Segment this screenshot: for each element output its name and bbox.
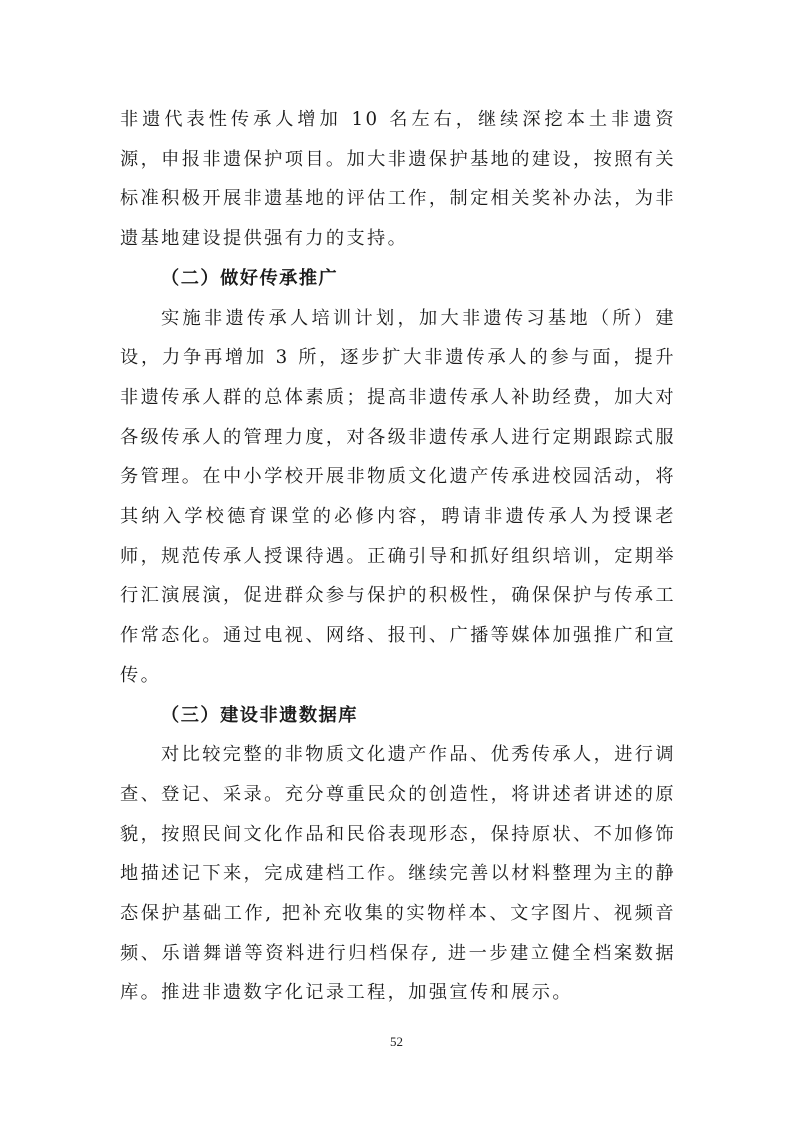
paragraph-inheritance-promotion: 实施非遗传承人培训计划，加大非遗传习基地（所）建设，力争再增加 3 所，逐步扩大…	[120, 299, 676, 696]
paragraph-heritage-database: 对比较完整的非物质文化遗产作品、优秀传承人，进行调查、登记、采录。充分尊重民众的…	[120, 735, 676, 1013]
section-heading-2: （二）做好传承推广	[120, 259, 676, 299]
section-heading-3: （三）建设非遗数据库	[120, 696, 676, 736]
document-page: 非遗代表性传承人增加 10 名左右，继续深挖本土非遗资源，申报非遗保护项目。加大…	[0, 0, 793, 1122]
page-number: 52	[0, 1034, 793, 1050]
document-body: 非遗代表性传承人增加 10 名左右，继续深挖本土非遗资源，申报非遗保护项目。加大…	[120, 100, 676, 1013]
paragraph-heritage-inheritors: 非遗代表性传承人增加 10 名左右，继续深挖本土非遗资源，申报非遗保护项目。加大…	[120, 100, 676, 259]
